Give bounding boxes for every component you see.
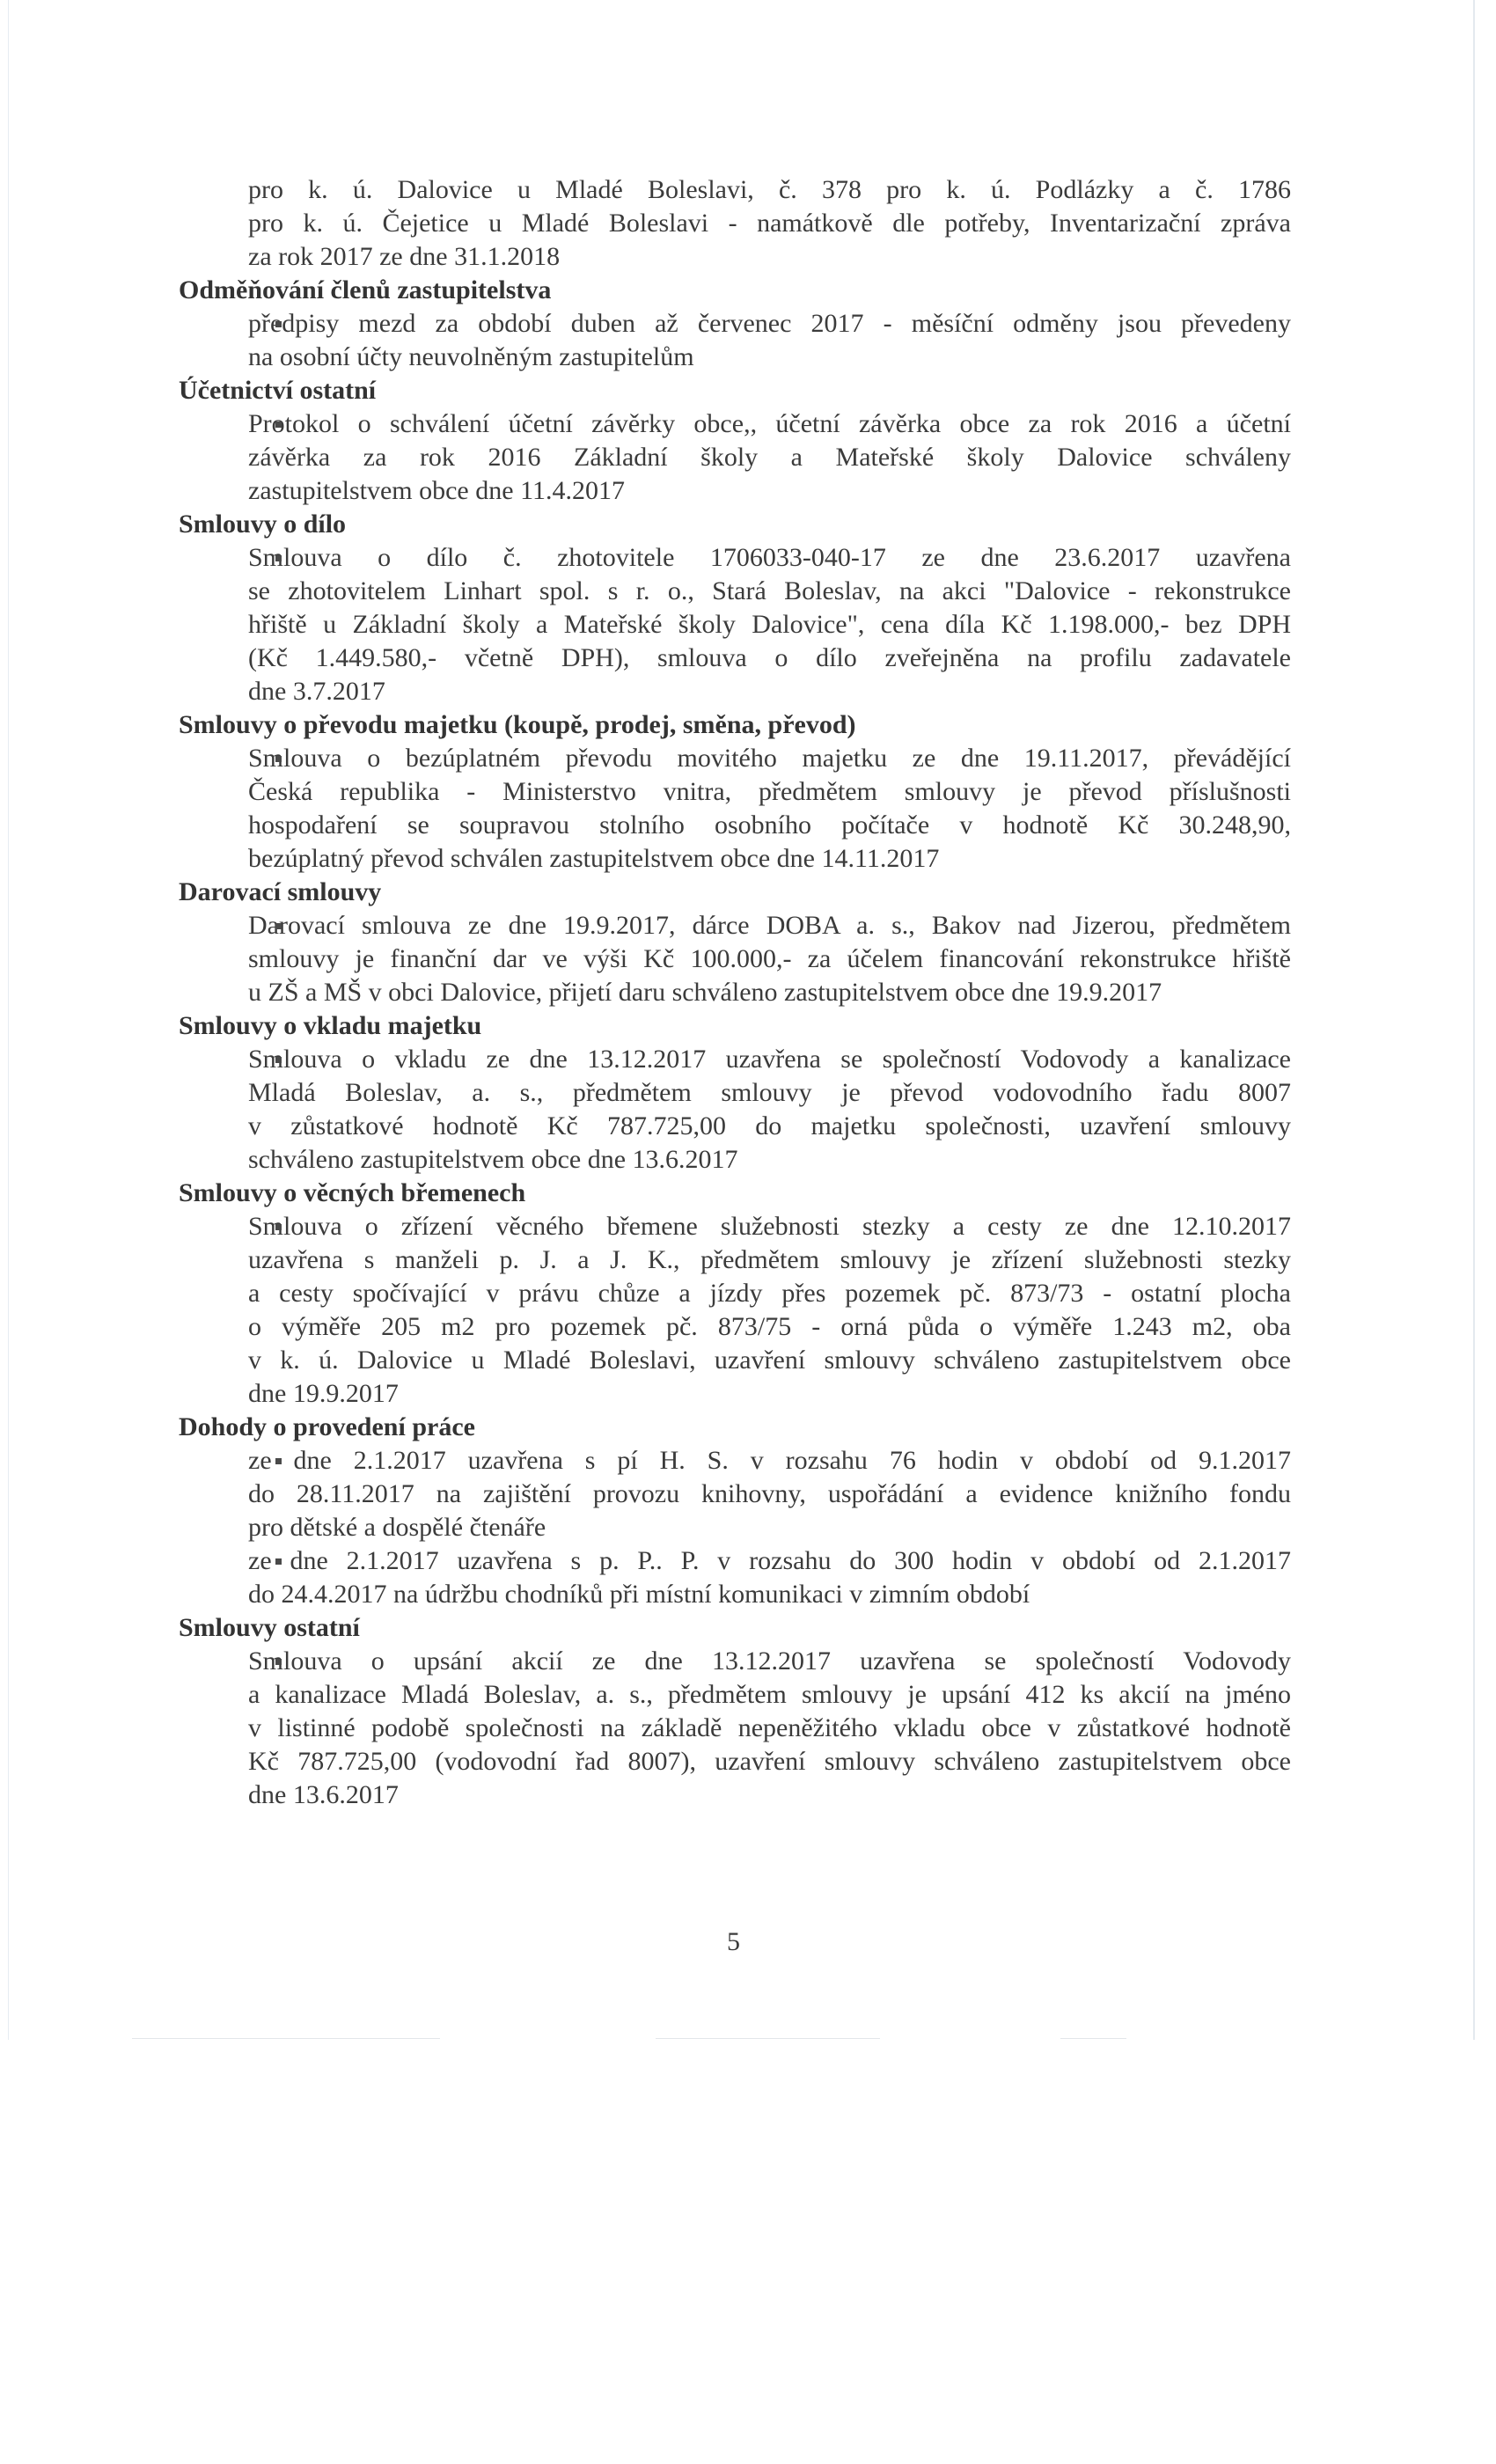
bullet-icon xyxy=(275,321,282,327)
section-heading: Smlouvy o dílo xyxy=(179,508,1291,541)
section-heading: Smlouvy o vkladu majetku xyxy=(179,1009,1291,1043)
section-heading: Dohody o provedení práce xyxy=(179,1411,1291,1444)
list-item-line: Smlouva o bezúplatném převodu movitého m… xyxy=(248,742,1291,775)
intro-line: pro k. ú. Čejetice u Mladé Boleslavi - n… xyxy=(248,207,1291,240)
bullet-icon xyxy=(275,555,282,561)
scan-edge-left xyxy=(8,0,9,2040)
list-item-line: se zhotovitelem Linhart spol. s r. o., S… xyxy=(248,575,1291,608)
list-item-line: Smlouva o zřízení věcného břemene služeb… xyxy=(248,1210,1291,1243)
list-item-line: Darovací smlouva ze dne 19.9.2017, dárce… xyxy=(248,909,1291,942)
list-item-line: v zůstatkové hodnotě Kč 787.725,00 do ma… xyxy=(248,1110,1291,1143)
list-item-line: bezúplatný převod schválen zastupitelstv… xyxy=(248,842,1291,876)
list-item-line: do 28.11.2017 na zajištění provozu kniho… xyxy=(248,1478,1291,1511)
list-item-line: o výměře 205 m2 pro pozemek pč. 873/75 -… xyxy=(248,1310,1291,1344)
list-item-line: v listinné podobě společnosti na základě… xyxy=(248,1712,1291,1745)
list-item-line: Česká republika - Ministerstvo vnitra, p… xyxy=(248,775,1291,809)
list-item-line: Mladá Boleslav, a. s., předmětem smlouvy… xyxy=(248,1076,1291,1110)
list-item-line: dne 3.7.2017 xyxy=(248,675,1291,708)
scan-edge-right xyxy=(1473,0,1475,2040)
bullet-icon xyxy=(275,1057,282,1063)
list-item-line: pro dětské a dospělé čtenáře xyxy=(248,1511,1291,1544)
list-item-line: uzavřena s manželi p. J. a J. K., předmě… xyxy=(248,1243,1291,1277)
bullet-icon xyxy=(275,756,282,762)
document-page: pro k. ú. Dalovice u Mladé Boleslavi, č.… xyxy=(179,173,1291,1812)
list-item-line: ze dne 2.1.2017 uzavřena s p. P.. P. v r… xyxy=(248,1544,1291,1578)
list-item-line: Smlouva o vkladu ze dne 13.12.2017 uzavř… xyxy=(248,1043,1291,1076)
intro-line: za rok 2017 ze dne 31.1.2018 xyxy=(248,240,1291,274)
list-item-line: v k. ú. Dalovice u Mladé Boleslavi, uzav… xyxy=(248,1344,1291,1377)
list-item-line: schváleno zastupitelstvem obce dne 13.6.… xyxy=(248,1143,1291,1177)
bullet-icon xyxy=(275,1458,282,1464)
list-item-line: smlouvy je finanční dar ve výši Kč 100.0… xyxy=(248,942,1291,976)
scan-artifact-line xyxy=(1060,2038,1126,2039)
bullet-icon xyxy=(275,1224,282,1230)
bullet-icon xyxy=(275,422,282,428)
list-item-line: dne 13.6.2017 xyxy=(248,1778,1291,1812)
list-item-line: Smlouva o dílo č. zhotovitele 1706033-04… xyxy=(248,541,1291,575)
list-item-line: do 24.4.2017 na údržbu chodníků při míst… xyxy=(248,1578,1291,1611)
intro-line: pro k. ú. Dalovice u Mladé Boleslavi, č.… xyxy=(248,173,1291,207)
list-item-line: Kč 787.725,00 (vodovodní řad 8007), uzav… xyxy=(248,1745,1291,1778)
list-item-line: hospodaření se soupravou stolního osobní… xyxy=(248,809,1291,842)
section-heading: Smlouvy o převodu majetku (koupě, prodej… xyxy=(179,708,1291,742)
list-item-line: ze dne 2.1.2017 uzavřena s pí H. S. v ro… xyxy=(248,1444,1291,1478)
bullet-icon xyxy=(275,1558,282,1565)
list-item-line: závěrka za rok 2016 Základní školy a Mat… xyxy=(248,441,1291,474)
list-item-line: a kanalizace Mladá Boleslav, a. s., před… xyxy=(248,1678,1291,1712)
list-item-line: na osobní účty neuvolněným zastupitelům xyxy=(248,341,1291,374)
section-heading: Smlouvy o věcných břemenech xyxy=(179,1177,1291,1210)
scan-artifact-line xyxy=(132,2038,440,2039)
list-item-line: dne 19.9.2017 xyxy=(248,1377,1291,1411)
list-item-line: hřiště u Základní školy a Mateřské školy… xyxy=(248,608,1291,642)
section-heading: Smlouvy ostatní xyxy=(179,1611,1291,1645)
bullet-icon xyxy=(275,1659,282,1665)
page-number: 5 xyxy=(727,1925,740,1959)
bullet-icon xyxy=(275,923,282,929)
list-item-line: Smlouva o upsání akcií ze dne 13.12.2017… xyxy=(248,1645,1291,1678)
list-item-line: Protokol o schválení účetní závěrky obce… xyxy=(248,407,1291,441)
scan-artifact-line xyxy=(656,2038,880,2039)
list-item-line: (Kč 1.449.580,- včetně DPH), smlouva o d… xyxy=(248,642,1291,675)
list-item-line: u ZŠ a MŠ v obci Dalovice, přijetí daru … xyxy=(248,976,1291,1009)
list-item-line: a cesty spočívající v právu chůze a jízd… xyxy=(248,1277,1291,1310)
list-item-line: zastupitelstvem obce dne 11.4.2017 xyxy=(248,474,1291,508)
section-heading: Odměňování členů zastupitelstva xyxy=(179,274,1291,307)
list-item-line: předpisy mezd za období duben až červene… xyxy=(248,307,1291,341)
section-heading: Účetnictví ostatní xyxy=(179,374,1291,407)
section-heading: Darovací smlouvy xyxy=(179,876,1291,909)
